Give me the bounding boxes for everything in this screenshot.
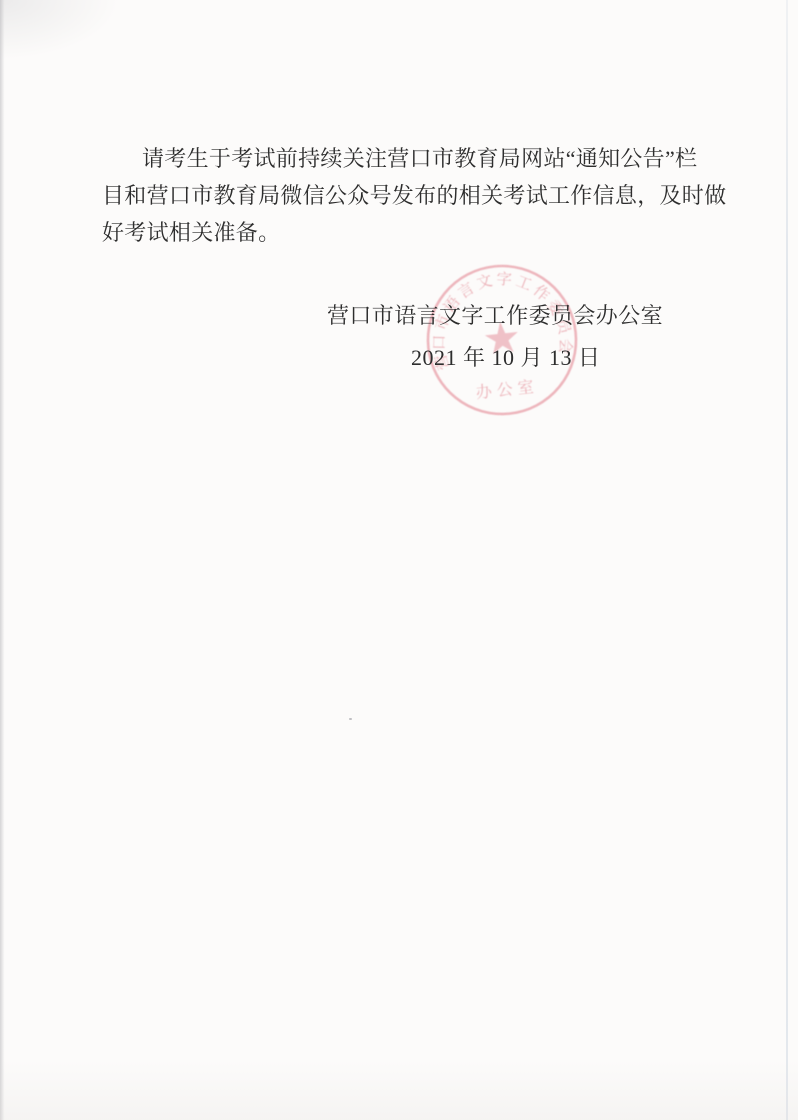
scanned-document-page: 营口市语言文字工作委员会 办公室 请考生于考试前持续关注营口市教育局网站“通知公… (0, 0, 798, 1120)
official-seal: 营口市语言文字工作委员会 办公室 (416, 254, 587, 425)
seal-bottom-text: 办公室 (475, 377, 540, 401)
paragraph-line-1: 请考生于考试前持续关注营口市教育局网站“通知公告”栏 (102, 140, 732, 177)
official-seal-graphic: 营口市语言文字工作委员会 办公室 (416, 254, 587, 425)
scan-edge-right (786, 0, 788, 1120)
notice-paragraph: 请考生于考试前持续关注营口市教育局网站“通知公告”栏 目和营口市教育局微信公众号… (102, 140, 732, 251)
scan-speck (349, 718, 352, 720)
paragraph-line-2: 目和营口市教育局微信公众号发布的相关考试工作信息，及时做 (102, 177, 732, 214)
paragraph-line-3: 好考试相关准备。 (102, 214, 732, 251)
issue-date: 2021 年 10 月 13 日 (411, 341, 601, 372)
scan-bottom-shade (0, 1060, 798, 1120)
issuing-organization: 营口市语言文字工作委员会办公室 (327, 299, 663, 330)
scan-edge-left (0, 0, 6, 1120)
scan-corner-shade (0, 0, 120, 60)
